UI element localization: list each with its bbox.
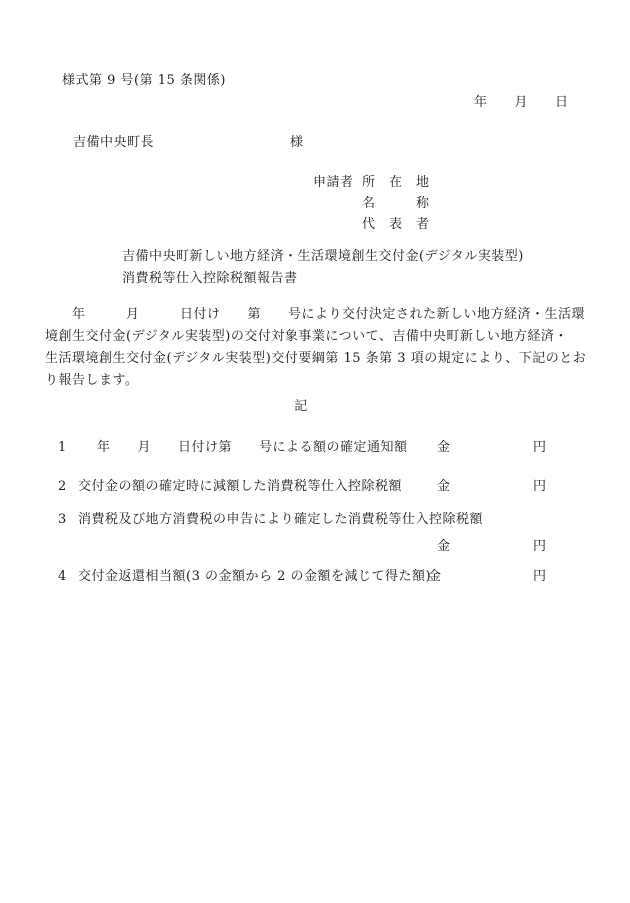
currency-label: 金 — [428, 570, 442, 585]
item-number: 1 — [58, 441, 67, 456]
currency-label: 金 — [437, 441, 451, 456]
document-title-line2: 消費税等仕入控除税額報告書 — [122, 272, 298, 287]
applicant-label: 申請者 — [313, 176, 354, 191]
body-paragraph-line: 生活環境創生交付金(デジタル実装型)交付要綱第 15 条第 3 項の規定により、… — [45, 352, 586, 367]
report-item-3-amount-line: 金 円 — [45, 540, 605, 560]
item-text: 交付金の額の確定時に減額した消費税等仕入控除税額 — [78, 480, 402, 495]
ki-heading: 記 — [0, 400, 602, 415]
document-page: 様式第 9 号(第 15 条関係) 年 月 日 吉備中央町長 様 申請者 所 在… — [0, 0, 630, 903]
unit-label: 円 — [533, 540, 547, 555]
applicant-representative-field: 代 表 者 — [362, 218, 430, 233]
body-paragraph-line: り報告します。 — [45, 374, 138, 389]
applicant-name-field: 名 称 — [362, 197, 430, 212]
report-item-1: 1 年 月 日付け第 号による額の確定通知額 金 円 — [45, 441, 605, 461]
currency-label: 金 — [437, 480, 451, 495]
document-title-line1: 吉備中央町新しい地方経済・生活環境創生交付金(デジタル実装型) — [122, 250, 524, 265]
addressee-name: 吉備中央町長 — [73, 136, 154, 151]
item-text: 交付金返還相当額(3 の金額から 2 の金額を減じて得た額) — [78, 570, 431, 585]
unit-label: 円 — [533, 480, 547, 495]
issue-date-line: 年 月 日 — [474, 96, 569, 111]
item-text: 年 月 日付け第 号による額の確定通知額 — [97, 441, 408, 456]
item-number: 3 — [58, 513, 67, 528]
currency-label: 金 — [437, 540, 451, 555]
report-item-3: 3 消費税及び地方消費税の申告により確定した消費税等仕入控除税額 — [45, 513, 605, 533]
report-item-2: 2 交付金の額の確定時に減額した消費税等仕入控除税額 金 円 — [45, 480, 605, 500]
body-paragraph-line: 境創生交付金(デジタル実装型)の交付対象事業について、吉備中央町新しい地方経済・ — [45, 330, 568, 345]
body-paragraph-line: 年 月 日付け 第 号により交付決定された新しい地方経済・生活環 — [45, 308, 585, 323]
form-number: 様式第 9 号(第 15 条関係) — [62, 74, 226, 89]
item-text: 消費税及び地方消費税の申告により確定した消費税等仕入控除税額 — [78, 513, 483, 528]
item-number: 4 — [58, 570, 67, 585]
item-number: 2 — [58, 480, 67, 495]
unit-label: 円 — [533, 570, 547, 585]
unit-label: 円 — [533, 441, 547, 456]
applicant-address-field: 所 在 地 — [362, 176, 430, 191]
report-item-4: 4 交付金返還相当額(3 の金額から 2 の金額を減じて得た額) 金 円 — [45, 570, 605, 590]
addressee-honorific: 様 — [290, 136, 304, 151]
